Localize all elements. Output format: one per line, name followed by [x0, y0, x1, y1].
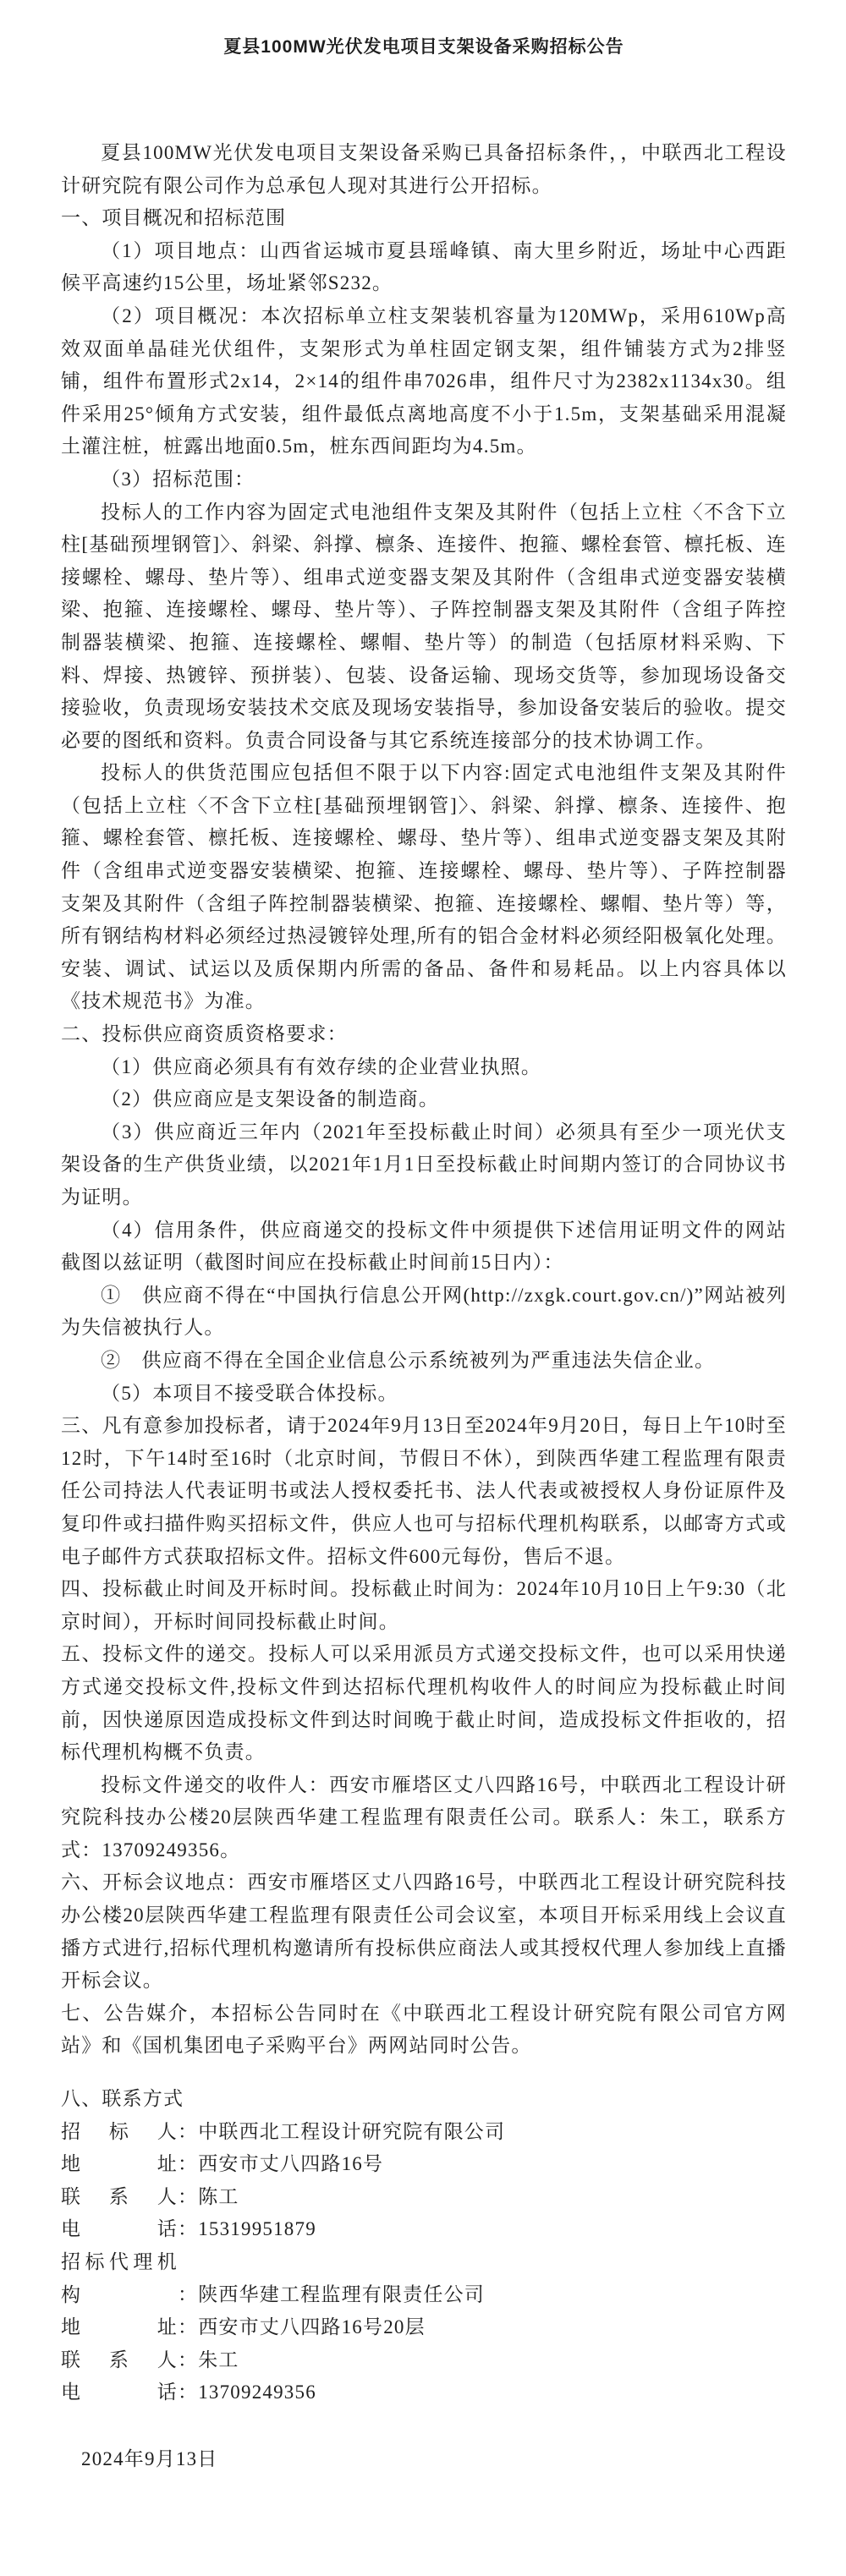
contact-value: 西安市丈八四路16号	[198, 2153, 383, 2174]
paragraph-text: （4）信用条件，供应商递交的投标文件中须提供下述信用证明文件的网站截图以兹证明（…	[61, 1219, 787, 1274]
contact-label: 地址	[61, 2311, 178, 2344]
paragraph-text: 投标文件递交的收件人：西安市雁塔区丈八四路16号，中联西北工程设计研究院科技办公…	[61, 1774, 787, 1861]
contact-colon: ：	[178, 2284, 198, 2305]
contact-value: 13709249356	[198, 2381, 316, 2403]
paragraph-text: 投标人的供货范围应包括但不限于以下内容:固定式电池组件支架及其附件（包括上立柱〈…	[61, 762, 787, 1011]
paragraph: （2）供应商应是支架设备的制造商。	[61, 1083, 787, 1116]
paragraph-text: （5）本项目不接受联合体投标。	[101, 1383, 398, 1404]
contact-row: 联系人：朱工	[61, 2344, 787, 2377]
contact-label: 招标代理机构	[61, 2246, 178, 2311]
paragraph-text: （1）项目地点：山西省运城市夏县瑶峰镇、南大里乡附近，场址中心西距候平高速约15…	[61, 240, 787, 294]
paragraph-text: 四、投标截止时间及开标时间。投标截止时间为：2024年10月10日上午9:30（…	[61, 1578, 787, 1632]
contact-row: 地址：西安市丈八四路16号20层	[61, 2311, 787, 2344]
document-title: 夏县100MW光伏发电项目支架设备采购招标公告	[61, 36, 787, 59]
paragraph-text: 投标人的工作内容为固定式电池组件支架及其附件（包括上立柱〈不含下立柱[基础预埋钢…	[61, 501, 787, 751]
contact-colon: ：	[178, 2316, 198, 2338]
paragraph-text: （3）供应商近三年内（2021年至投标截止时间）必须具有至少一项光伏支架设备的生…	[61, 1121, 787, 1208]
paragraph: 三、凡有意参加投标者，请于2024年9月13日至2024年9月20日，每日上午1…	[61, 1410, 787, 1573]
paragraph-text: 六、开标会议地点：西安市雁塔区丈八四路16号，中联西北工程设计研究院科技办公楼2…	[61, 1872, 787, 1991]
contact-section: 招标人：中联西北工程设计研究院有限公司地址：西安市丈八四路16号联系人：陈工电话…	[61, 2116, 787, 2409]
paragraph-text: （2）供应商应是支架设备的制造商。	[101, 1088, 439, 1110]
paragraph: 夏县100MW光伏发电项目支架设备采购已具备招标条件，，中联西北工程设计研究院有…	[61, 137, 787, 202]
document-body: 夏县100MW光伏发电项目支架设备采购已具备招标条件，，中联西北工程设计研究院有…	[61, 137, 787, 2116]
paragraph: 五、投标文件的递交。投标人可以采用派员方式递交投标文件，也可以采用快递方式递交投…	[61, 1638, 787, 1768]
paragraph: 投标文件递交的收件人：西安市雁塔区丈八四路16号，中联西北工程设计研究院科技办公…	[61, 1769, 787, 1867]
paragraph-text: （3）招标范围：	[101, 469, 255, 490]
paragraph: 二、投标供应商资质资格要求：	[61, 1018, 787, 1051]
paragraph: （1）供应商必须具有有效存续的企业营业执照。	[61, 1051, 787, 1084]
contact-row: 电话：15319951879	[61, 2213, 787, 2246]
contact-row: 联系人：陈工	[61, 2181, 787, 2214]
paragraph: （4）信用条件，供应商递交的投标文件中须提供下述信用证明文件的网站截图以兹证明（…	[61, 1214, 787, 1280]
paragraph-text: 一、项目概况和招标范围	[61, 207, 286, 228]
contact-value: 陕西华建工程监理有限责任公司	[198, 2284, 485, 2305]
contact-label: 电话	[61, 2376, 178, 2409]
paragraph: （1）项目地点：山西省运城市夏县瑶峰镇、南大里乡附近，场址中心西距候平高速约15…	[61, 235, 787, 300]
paragraph-text: 二、投标供应商资质资格要求：	[61, 1023, 348, 1044]
contact-row: 电话：13709249356	[61, 2376, 787, 2409]
document-page: 夏县100MW光伏发电项目支架设备采购招标公告 夏县100MW光伏发电项目支架设…	[0, 0, 846, 2576]
paragraph: （3）供应商近三年内（2021年至投标截止时间）必须具有至少一项光伏支架设备的生…	[61, 1116, 787, 1214]
contact-colon: ：	[178, 2153, 198, 2174]
paragraph-text: （1）供应商必须具有有效存续的企业营业执照。	[101, 1056, 541, 1077]
contact-label: 联系人	[61, 2344, 178, 2377]
contact-colon: ：	[178, 2186, 198, 2207]
paragraph-text: ① 供应商不得在“中国执行信息公开网(http://zxgk.court.gov…	[61, 1285, 787, 1339]
paragraph: 投标人的工作内容为固定式电池组件支架及其附件（包括上立柱〈不含下立柱[基础预埋钢…	[61, 496, 787, 758]
contact-value: 朱工	[198, 2349, 239, 2370]
contact-colon: ：	[178, 2218, 198, 2239]
paragraph-text: 八、联系方式	[61, 2088, 184, 2109]
paragraph-text: 五、投标文件的递交。投标人可以采用派员方式递交投标文件，也可以采用快递方式递交投…	[61, 1643, 787, 1762]
contact-label: 联系人	[61, 2181, 178, 2214]
paragraph: 六、开标会议地点：西安市雁塔区丈八四路16号，中联西北工程设计研究院科技办公楼2…	[61, 1866, 787, 1997]
paragraph: （2）项目概况：本次招标单立柱支架装机容量为120MWp，采用610Wp高效双面…	[61, 300, 787, 463]
document-date: 2024年9月13日	[81, 2443, 787, 2476]
contact-label: 电话	[61, 2213, 178, 2246]
paragraph: 一、项目概况和招标范围	[61, 202, 787, 235]
paragraph-text: 三、凡有意参加投标者，请于2024年9月13日至2024年9月20日，每日上午1…	[61, 1415, 787, 1566]
paragraph-text: 七、公告媒介，本招标公告同时在《中联西北工程设计研究院有限公司官方网站》和《国机…	[61, 2003, 787, 2057]
contact-value: 中联西北工程设计研究院有限公司	[198, 2121, 505, 2142]
contact-value: 15319951879	[198, 2218, 316, 2239]
contact-row: 招标人：中联西北工程设计研究院有限公司	[61, 2116, 787, 2149]
paragraph: ① 供应商不得在“中国执行信息公开网(http://zxgk.court.gov…	[61, 1280, 787, 1345]
paragraph: 投标人的供货范围应包括但不限于以下内容:固定式电池组件支架及其附件（包括上立柱〈…	[61, 757, 787, 1018]
contact-colon: ：	[178, 2349, 198, 2370]
contact-row: 地址：西安市丈八四路16号	[61, 2148, 787, 2181]
paragraph-text: ② 供应商不得在全国企业信息公示系统被列为严重违法失信企业。	[101, 1350, 715, 1371]
contact-colon: ：	[178, 2121, 198, 2142]
contact-label: 招标人	[61, 2116, 178, 2149]
paragraph: 四、投标截止时间及开标时间。投标截止时间为：2024年10月10日上午9:30（…	[61, 1573, 787, 1638]
contact-colon: ：	[178, 2381, 198, 2403]
paragraph: ② 供应商不得在全国企业信息公示系统被列为严重违法失信企业。	[61, 1345, 787, 1378]
paragraph-text: 夏县100MW光伏发电项目支架设备采购已具备招标条件，，中联西北工程设计研究院有…	[61, 142, 787, 196]
paragraph: （5）本项目不接受联合体投标。	[61, 1378, 787, 1411]
contact-row: 招标代理机构：陕西华建工程监理有限责任公司	[61, 2246, 787, 2311]
paragraph: 七、公告媒介，本招标公告同时在《中联西北工程设计研究院有限公司官方网站》和《国机…	[61, 1998, 787, 2063]
paragraph: 八、联系方式	[61, 2083, 787, 2116]
contact-value: 西安市丈八四路16号20层	[198, 2316, 426, 2338]
paragraph: （3）招标范围：	[61, 463, 787, 496]
contact-value: 陈工	[198, 2186, 239, 2207]
paragraph-text: （2）项目概况：本次招标单立柱支架装机容量为120MWp，采用610Wp高效双面…	[61, 305, 787, 457]
contact-label: 地址	[61, 2148, 178, 2181]
